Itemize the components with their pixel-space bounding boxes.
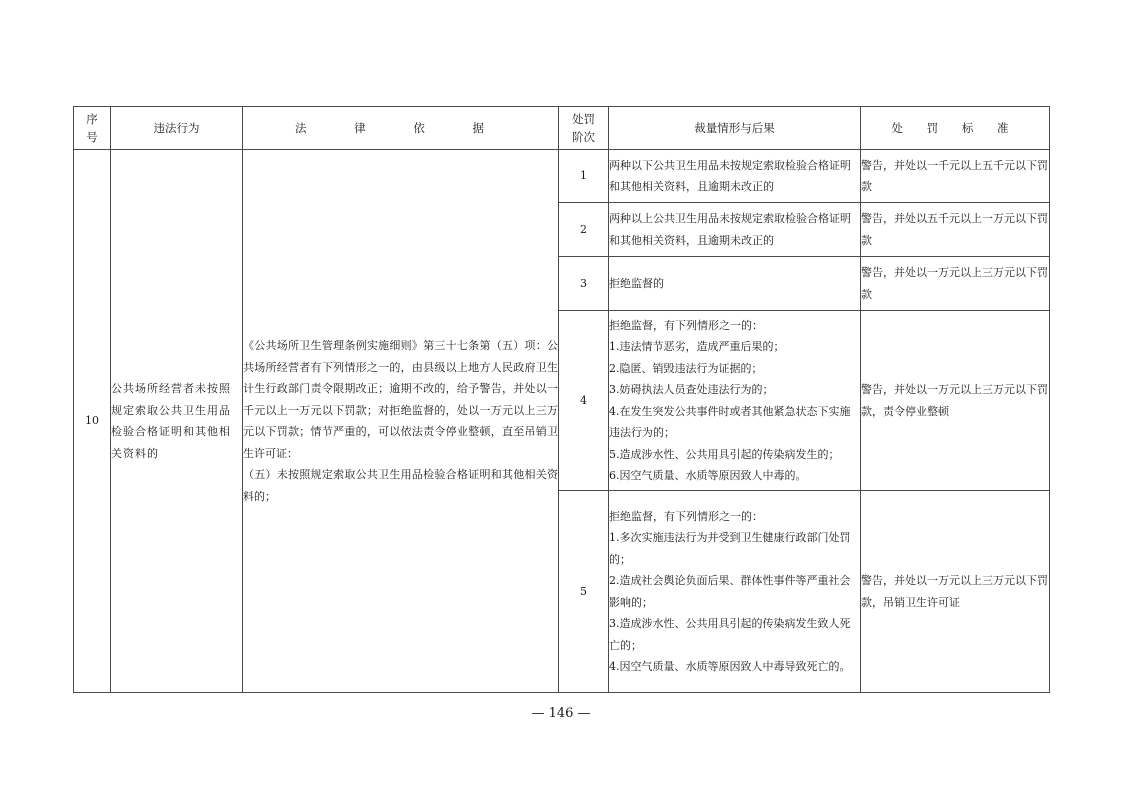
header-basis-label: 法 律 依 据 xyxy=(295,121,506,135)
table-row: 10 公共场所经营者未按照规定索取公共卫生用品检验合格证明和其他相关资料的 《公… xyxy=(74,150,1050,203)
circumstance-item: 2.造成社会舆论负面后果、群体性事件等严重社会影响的； xyxy=(609,570,860,613)
page-number: — 146 — xyxy=(0,706,1122,721)
circumstance-item: 3.妨碍执法人员查处违法行为的； xyxy=(609,379,860,401)
cell-basis: 《公共场所卫生管理条例实施细则》第三十七条第（五）项：公共场所经营者有下列情形之… xyxy=(243,150,559,693)
cell-circumstances: 两种以下公共卫生用品未按规定索取检验合格证明和其他相关资料，且逾期未改正的 xyxy=(609,150,861,203)
circumstance-item: 2.隐匿、销毁违法行为证据的； xyxy=(609,358,860,380)
cell-circumstances: 拒绝监督的 xyxy=(609,257,861,311)
header-stage: 处罚 阶次 xyxy=(559,107,609,150)
circumstance-item: 6.因空气质量、水质等原因致人中毒的。 xyxy=(609,465,860,487)
header-seq-line1: 序 xyxy=(86,112,98,126)
table-header-row: 序 号 违法行为 法 律 依 据 处罚 阶次 裁量情形与后果 处 罚 标 准 xyxy=(74,107,1050,150)
cell-standard: 警告，并处以一万元以上三万元以下罚款 xyxy=(861,257,1050,311)
penalty-table: 序 号 违法行为 法 律 依 据 处罚 阶次 裁量情形与后果 处 罚 标 准 1… xyxy=(73,106,1050,693)
header-stage-line1: 处罚 xyxy=(572,112,595,126)
cell-stage: 2 xyxy=(559,203,609,257)
cell-stage: 4 xyxy=(559,311,609,491)
header-seq: 序 号 xyxy=(74,107,111,150)
cell-standard: 警告，并处以一万元以上三万元以下罚款，责令停业整顿 xyxy=(861,311,1050,491)
circumstance-item: 5.造成涉水性、公共用具引起的传染病发生的； xyxy=(609,444,860,466)
header-basis: 法 律 依 据 xyxy=(243,107,559,150)
header-stage-line2: 阶次 xyxy=(572,130,595,144)
header-standard-label: 处 罚 标 准 xyxy=(892,121,1019,135)
cell-circumstances: 拒绝监督，有下列情形之一的： 1.多次实施违法行为并受到卫生健康行政部门处罚的；… xyxy=(609,491,861,693)
header-seq-line2: 号 xyxy=(86,130,98,144)
circumstance-item: 1.多次实施违法行为并受到卫生健康行政部门处罚的； xyxy=(609,527,860,570)
circumstance-intro: 拒绝监督，有下列情形之一的： xyxy=(609,315,860,337)
cell-behavior: 公共场所经营者未按照规定索取公共卫生用品检验合格证明和其他相关资料的 xyxy=(111,150,243,693)
cell-circumstances: 两种以上公共卫生用品未按规定索取检验合格证明和其他相关资料，且逾期未改正的 xyxy=(609,203,861,257)
header-behavior: 违法行为 xyxy=(111,107,243,150)
cell-stage: 3 xyxy=(559,257,609,311)
cell-standard: 警告，并处以一千元以上五千元以下罚款 xyxy=(861,150,1050,203)
cell-seq: 10 xyxy=(74,150,111,693)
basis-item-5: （五）未按照规定索取公共卫生用品检验合格证明和其他相关资料的； xyxy=(243,464,558,507)
cell-stage: 5 xyxy=(559,491,609,693)
cell-circumstances: 拒绝监督，有下列情形之一的： 1.违法情节恶劣，造成严重后果的； 2.隐匿、销毁… xyxy=(609,311,861,491)
circumstance-item: 3.造成涉水性、公共用具引起的传染病发生致人死亡的； xyxy=(609,613,860,656)
cell-standard: 警告，并处以一万元以上三万元以下罚款，吊销卫生许可证 xyxy=(861,491,1050,693)
basis-main: 《公共场所卫生管理条例实施细则》第三十七条第（五）项：公共场所经营者有下列情形之… xyxy=(243,335,558,464)
cell-standard: 警告，并处以五千元以上一万元以下罚款 xyxy=(861,203,1050,257)
circumstance-item: 1.违法情节恶劣，造成严重后果的； xyxy=(609,336,860,358)
cell-stage: 1 xyxy=(559,150,609,203)
header-standard: 处 罚 标 准 xyxy=(861,107,1050,150)
header-circumstances: 裁量情形与后果 xyxy=(609,107,861,150)
circumstance-intro: 拒绝监督，有下列情形之一的： xyxy=(609,506,860,528)
circumstance-item: 4.在发生突发公共事件时或者其他紧急状态下实施违法行为的； xyxy=(609,401,860,444)
circumstance-item: 4.因空气质量、水质等原因致人中毒导致死亡的。 xyxy=(609,656,860,678)
